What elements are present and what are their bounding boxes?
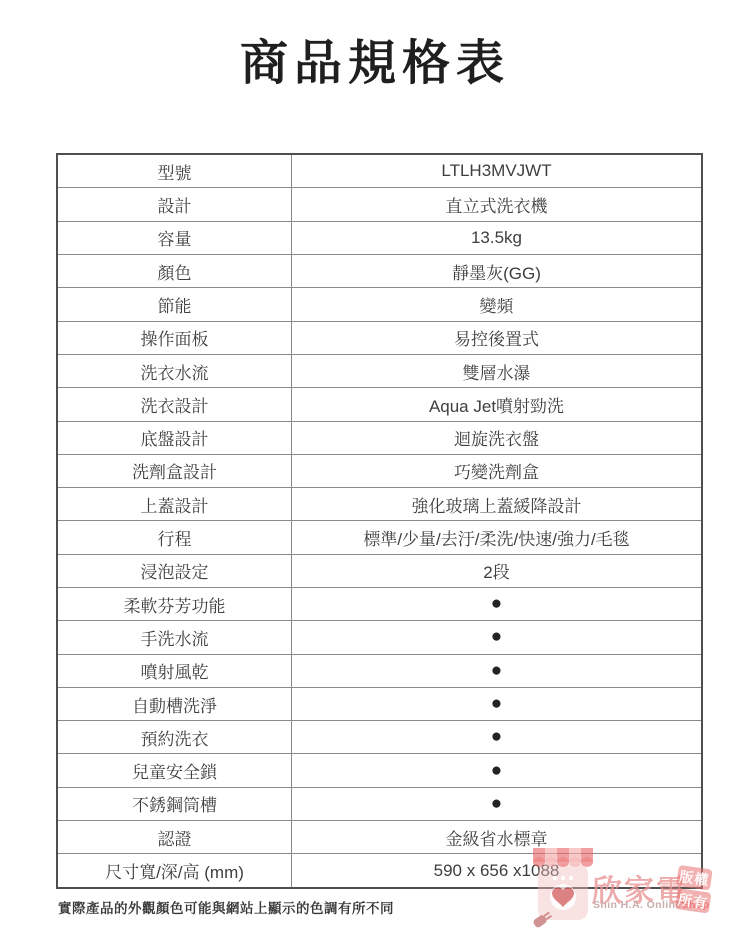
spec-value-cell: 金級省水標章 (292, 821, 703, 854)
spec-label-cell: 不銹鋼筒槽 (57, 787, 292, 820)
spec-row: 設計直立式洗衣機 (57, 188, 702, 221)
spec-row: 操作面板易控後置式 (57, 321, 702, 354)
spec-value-cell: ● (292, 687, 703, 720)
spec-row: 上蓋設計強化玻璃上蓋緩降設計 (57, 488, 702, 521)
spec-row: 自動槽洗淨● (57, 687, 702, 720)
feature-dot: ● (491, 626, 502, 647)
spec-label-cell: 容量 (57, 221, 292, 254)
spec-value-cell: 強化玻璃上蓋緩降設計 (292, 488, 703, 521)
spec-label-cell: 噴射風乾 (57, 654, 292, 687)
spec-value-cell: ● (292, 754, 703, 787)
spec-row: 浸泡設定2段 (57, 554, 702, 587)
spec-value-cell: 標準/少量/去汙/柔洗/快速/強力/毛毯 (292, 521, 703, 554)
spec-value-cell: ● (292, 621, 703, 654)
spec-label-cell: 預約洗衣 (57, 721, 292, 754)
spec-row: 尺寸寬/深/高 (mm)590 x 656 x1088 (57, 854, 702, 888)
spec-label-cell: 洗劑盒設計 (57, 454, 292, 487)
spec-value-cell: ● (292, 654, 703, 687)
spec-row: 柔軟芬芳功能● (57, 588, 702, 621)
spec-value-text: 金級省水標章 (446, 830, 548, 849)
spec-row: 洗劑盒設計巧變洗劑盒 (57, 454, 702, 487)
spec-value-cell: 易控後置式 (292, 321, 703, 354)
spec-row: 洗衣水流雙層水瀑 (57, 354, 702, 387)
feature-dot: ● (491, 593, 502, 614)
spec-label-cell: 行程 (57, 521, 292, 554)
spec-value-cell: 靜墨灰(GG) (292, 255, 703, 288)
spec-value-text: LTLH3MVJWT (441, 161, 551, 180)
feature-dot: ● (491, 793, 502, 814)
spec-label-cell: 設計 (57, 188, 292, 221)
spec-value-cell: Aqua Jet噴射勁洗 (292, 388, 703, 421)
spec-value-text: 590 x 656 x1088 (434, 861, 560, 880)
footnote: 實際產品的外觀顏色可能與網站上顯示的色調有所不同 (58, 897, 394, 917)
spec-value-text: 靜墨灰(GG) (452, 264, 541, 283)
spec-value-text: 變頻 (480, 297, 514, 316)
spec-row: 噴射風乾● (57, 654, 702, 687)
spec-label-cell: 型號 (57, 154, 292, 188)
spec-value-text: 2段 (483, 563, 509, 582)
spec-label-cell: 顏色 (57, 255, 292, 288)
spec-value-cell: 巧變洗劑盒 (292, 454, 703, 487)
spec-label-cell: 洗衣水流 (57, 354, 292, 387)
spec-value-text: 易控後置式 (454, 330, 539, 349)
spec-label-cell: 柔軟芬芳功能 (57, 588, 292, 621)
spec-label-cell: 兒童安全鎖 (57, 754, 292, 787)
feature-dot: ● (491, 726, 502, 747)
spec-table: 型號LTLH3MVJWT設計直立式洗衣機容量13.5kg顏色靜墨灰(GG)節能變… (56, 153, 703, 889)
page-title: 商品規格表 (0, 34, 750, 94)
spec-value-cell: 雙層水瀑 (292, 354, 703, 387)
spec-row: 認證金級省水標章 (57, 821, 702, 854)
spec-row: 行程標準/少量/去汙/柔洗/快速/強力/毛毯 (57, 521, 702, 554)
spec-row: 底盤設計迴旋洗衣盤 (57, 421, 702, 454)
spec-row: 預約洗衣● (57, 721, 702, 754)
feature-dot: ● (491, 660, 502, 681)
copyright-badge-bottom: 所有 (675, 888, 712, 914)
spec-value-text: 13.5kg (471, 228, 522, 247)
spec-value-cell: 迴旋洗衣盤 (292, 421, 703, 454)
spec-value-cell: 2段 (292, 554, 703, 587)
spec-label-cell: 認證 (57, 821, 292, 854)
spec-value-text: 標準/少量/去汙/柔洗/快速/強力/毛毯 (363, 530, 629, 549)
spec-value-text: 迴旋洗衣盤 (454, 430, 539, 449)
spec-value-cell: ● (292, 787, 703, 820)
spec-value-text: 巧變洗劑盒 (454, 463, 539, 482)
spec-row: 兒童安全鎖● (57, 754, 702, 787)
spec-row: 洗衣設計Aqua Jet噴射勁洗 (57, 388, 702, 421)
spec-value-cell: 590 x 656 x1088 (292, 854, 703, 888)
spec-table-body: 型號LTLH3MVJWT設計直立式洗衣機容量13.5kg顏色靜墨灰(GG)節能變… (57, 154, 702, 888)
spec-value-cell: 直立式洗衣機 (292, 188, 703, 221)
spec-label-cell: 上蓋設計 (57, 488, 292, 521)
spec-value-cell: ● (292, 721, 703, 754)
spec-label-cell: 浸泡設定 (57, 554, 292, 587)
spec-label-cell: 節能 (57, 288, 292, 321)
spec-label-cell: 操作面板 (57, 321, 292, 354)
spec-value-text: Aqua Jet噴射勁洗 (429, 397, 564, 416)
spec-label-cell: 手洗水流 (57, 621, 292, 654)
spec-value-text: 強化玻璃上蓋緩降設計 (412, 497, 582, 516)
spec-value-cell: 13.5kg (292, 221, 703, 254)
feature-dot: ● (491, 760, 502, 781)
spec-value-text: 雙層水瀑 (463, 364, 531, 383)
spec-label-cell: 洗衣設計 (57, 388, 292, 421)
spec-value-cell: LTLH3MVJWT (292, 154, 703, 188)
spec-row: 不銹鋼筒槽● (57, 787, 702, 820)
spec-label-cell: 尺寸寬/深/高 (mm) (57, 854, 292, 888)
shop-subtitle-left: Shin H.A. Online (593, 899, 682, 911)
spec-value-cell: 變頻 (292, 288, 703, 321)
spec-row: 手洗水流● (57, 621, 702, 654)
spec-row: 容量13.5kg (57, 221, 702, 254)
spec-row: 型號LTLH3MVJWT (57, 154, 702, 188)
spec-row: 節能變頻 (57, 288, 702, 321)
shop-subtitle: Shin H.A. OnlineShop (593, 899, 710, 911)
shop-subtitle-accent: Shop (682, 899, 710, 911)
spec-row: 顏色靜墨灰(GG) (57, 255, 702, 288)
spec-value-text: 直立式洗衣機 (446, 197, 548, 216)
spec-label-cell: 自動槽洗淨 (57, 687, 292, 720)
feature-dot: ● (491, 693, 502, 714)
spec-label-cell: 底盤設計 (57, 421, 292, 454)
spec-value-cell: ● (292, 588, 703, 621)
